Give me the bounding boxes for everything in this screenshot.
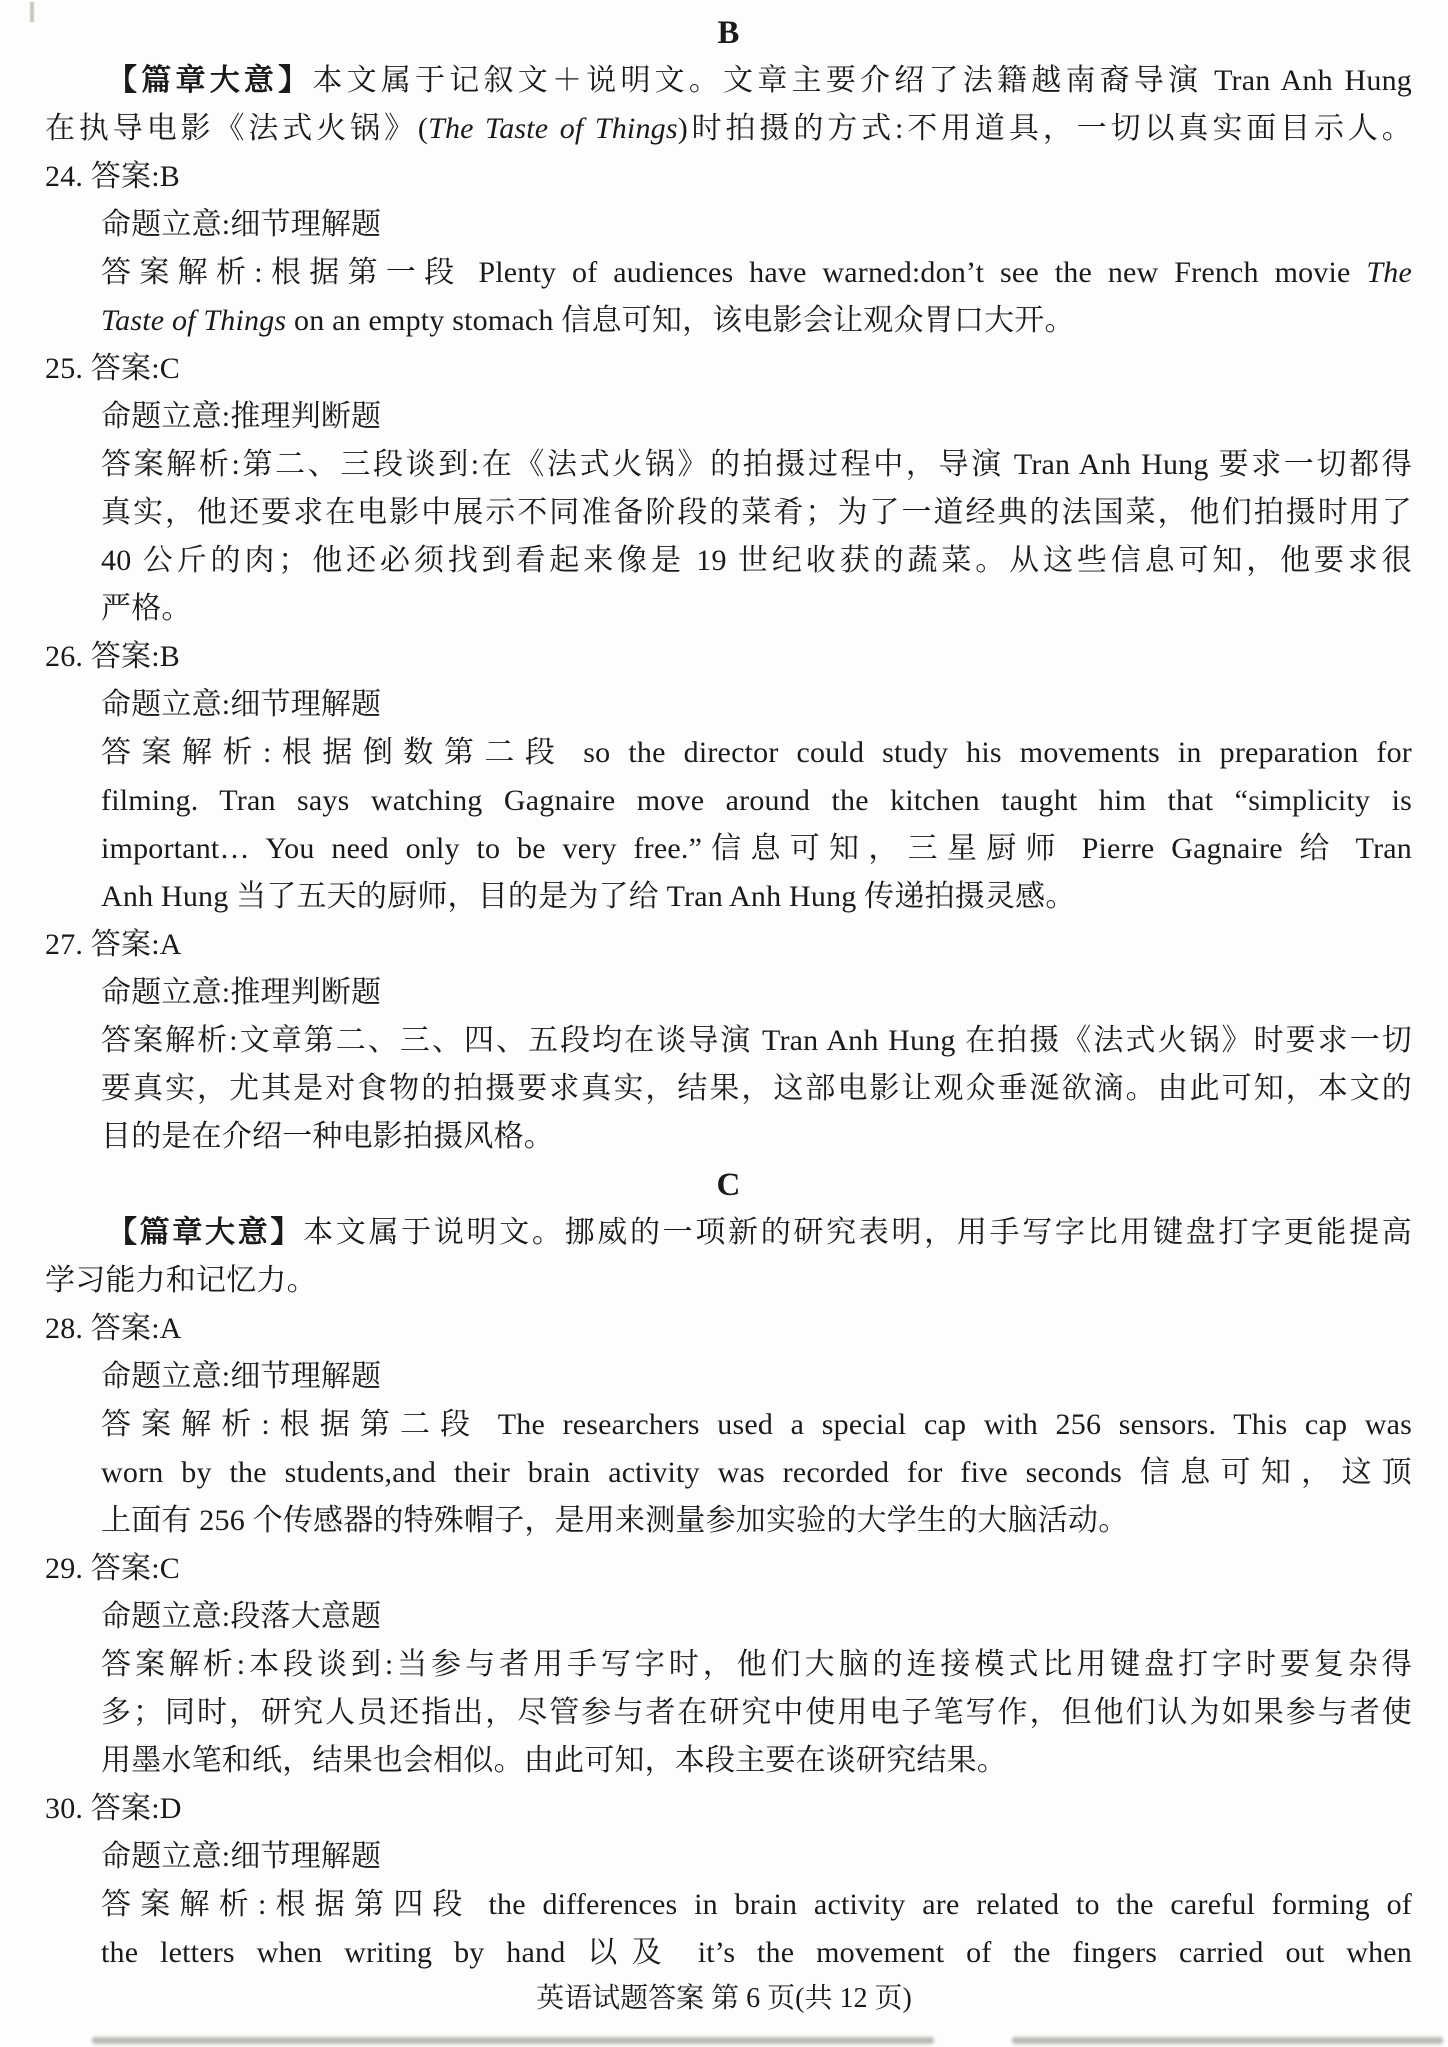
explanation-line: 要真实，尤其是对食物的拍摄要求真实，结果，这部电影让观众垂涎欲滴。由此可知，本文… xyxy=(45,1065,1412,1113)
document-lines: B【篇章大意】本文属于记叙文＋说明文。文章主要介绍了法籍越南裔导演 Tran A… xyxy=(45,9,1412,1977)
text-segment: 本文属于记叙文＋说明文。文章主要介绍了法籍越南裔导演 Tran Anh Hung xyxy=(312,64,1412,97)
section-header: B xyxy=(45,9,1412,57)
explanation-line: 真实，他还要求在电影中展示不同准备阶段的菜肴；为了一道经典的法国菜，他们拍摄时用… xyxy=(45,489,1412,537)
explanation-line: 答案解析:文章第二、三、四、五段均在谈导演 Tran Anh Hung 在拍摄《… xyxy=(45,1017,1412,1065)
text-segment: 真实，他还要求在电影中展示不同准备阶段的菜肴；为了一道经典的法国菜，他们拍摄时用… xyxy=(101,496,1412,529)
answer-item-line: 27. 答案:A xyxy=(45,921,1412,969)
text-segment: 在执导电影《法式火锅》( xyxy=(45,112,428,145)
explanation-line: 命题立意:细节理解题 xyxy=(45,1833,1412,1881)
explanation-line: 答案解析:根据第四段 the differences in brain acti… xyxy=(45,1881,1412,1929)
text-segment: 目的是在介绍一种电影拍摄风格。 xyxy=(101,1120,554,1153)
text-segment: 命题立意:推理判断题 xyxy=(101,976,381,1009)
explanation-line: important… You need only to be very free… xyxy=(45,825,1412,873)
text-segment: 【篇章大意】 xyxy=(107,64,312,97)
text-segment: 27. 答案:A xyxy=(45,928,182,961)
text-segment: important… You need only to be very free… xyxy=(101,832,1412,865)
text-segment: on an empty stomach 信息可知，该电影会让观众胃口大开。 xyxy=(286,304,1074,337)
answer-item-line: 30. 答案:D xyxy=(45,1785,1412,1833)
explanation-line: 目的是在介绍一种电影拍摄风格。 xyxy=(45,1113,1412,1161)
text-segment: 命题立意:细节理解题 xyxy=(101,1840,381,1873)
text-segment: 【篇章大意】 xyxy=(107,1216,303,1249)
explanation-line: 严格。 xyxy=(45,585,1412,633)
explanation-line: 用墨水笔和纸，结果也会相似。由此可知，本段主要在谈研究结果。 xyxy=(45,1737,1412,1785)
text-segment: 26. 答案:B xyxy=(45,640,180,673)
text-segment: 答案解析:根据第二段 The researchers used a specia… xyxy=(101,1408,1412,1441)
text-segment: 25. 答案:C xyxy=(45,352,180,385)
text-segment: 命题立意:细节理解题 xyxy=(101,1360,381,1393)
text-segment: C xyxy=(716,1167,740,1203)
text-segment: B xyxy=(717,15,739,51)
scan-artifact-tick xyxy=(30,2,34,22)
page-footer: 英语试题答案 第 6 页(共 12 页) xyxy=(0,1975,1448,2023)
text-segment: Taste of Things xyxy=(101,304,286,337)
text-segment: 29. 答案:C xyxy=(45,1552,180,1585)
text-segment: 28. 答案:A xyxy=(45,1312,182,1345)
text-segment: 命题立意:细节理解题 xyxy=(101,208,381,241)
text-segment: 答案解析:根据第一段 Plenty of audiences have warn… xyxy=(101,256,1366,289)
explanation-line: 答案解析:第二、三段谈到:在《法式火锅》的拍摄过程中，导演 Tran Anh H… xyxy=(45,441,1412,489)
text-segment: 命题立意:细节理解题 xyxy=(101,688,381,721)
text-segment: Anh Hung 当了五天的厨师，目的是为了给 Tran Anh Hung 传递… xyxy=(101,880,1076,913)
text-segment: )时拍摄的方式:不用道具，一切以真实面目示人。 xyxy=(678,112,1412,145)
text-segment: 多；同时，研究人员还指出，尽管参与者在研究中使用电子笔写作，但他们认为如果参与者… xyxy=(101,1696,1412,1729)
explanation-line: 命题立意:推理判断题 xyxy=(45,393,1412,441)
answer-item-line: 25. 答案:C xyxy=(45,345,1412,393)
explanation-line: 答案解析:根据倒数第二段 so the director could study… xyxy=(45,729,1412,777)
explanation-line: the letters when writing by hand 以及 it’s… xyxy=(45,1929,1412,1977)
explanation-line: 多；同时，研究人员还指出，尽管参与者在研究中使用电子笔写作，但他们认为如果参与者… xyxy=(45,1689,1412,1737)
answer-item-line: 28. 答案:A xyxy=(45,1305,1412,1353)
text-segment: 答案解析:第二、三段谈到:在《法式火锅》的拍摄过程中，导演 Tran Anh H… xyxy=(101,448,1412,481)
text-segment: 要真实，尤其是对食物的拍摄要求真实，结果，这部电影让观众垂涎欲滴。由此可知，本文… xyxy=(101,1072,1412,1105)
explanation-line: 命题立意:推理判断题 xyxy=(45,969,1412,1017)
explanation-line: 命题立意:细节理解题 xyxy=(45,1353,1412,1401)
text-line: 在执导电影《法式火锅》(The Taste of Things)时拍摄的方式:不… xyxy=(45,105,1412,153)
passage-summary-line: 【篇章大意】本文属于说明文。挪威的一项新的研究表明，用手写字比用键盘打字更能提高 xyxy=(45,1209,1412,1257)
text-segment: 答案解析:本段谈到:当参与者用手写字时，他们大脑的连接模式比用键盘打字时要复杂得 xyxy=(101,1648,1412,1681)
text-segment: 答案解析:文章第二、三、四、五段均在谈导演 Tran Anh Hung 在拍摄《… xyxy=(101,1024,1412,1057)
passage-summary-line: 【篇章大意】本文属于记叙文＋说明文。文章主要介绍了法籍越南裔导演 Tran An… xyxy=(45,57,1412,105)
text-segment: 30. 答案:D xyxy=(45,1792,182,1825)
text-segment: the letters when writing by hand 以及 it’s… xyxy=(101,1936,1412,1969)
explanation-line: Taste of Things on an empty stomach 信息可知… xyxy=(45,297,1412,345)
text-segment: worn by the students,and their brain act… xyxy=(101,1456,1412,1489)
text-segment: 命题立意:推理判断题 xyxy=(101,400,381,433)
text-segment: 上面有 256 个传感器的特殊帽子，是用来测量参加实验的大学生的大脑活动。 xyxy=(101,1504,1128,1537)
text-segment: 命题立意:段落大意题 xyxy=(101,1600,381,1633)
answer-item-line: 29. 答案:C xyxy=(45,1545,1412,1593)
text-segment: 严格。 xyxy=(101,592,192,625)
text-segment: 答案解析:根据第四段 the differences in brain acti… xyxy=(101,1888,1412,1921)
explanation-line: 命题立意:细节理解题 xyxy=(45,681,1412,729)
text-segment: 本文属于说明文。挪威的一项新的研究表明，用手写字比用键盘打字更能提高 xyxy=(303,1216,1412,1249)
text-segment: filming. Tran says watching Gagnaire mov… xyxy=(101,784,1412,817)
explanation-line: worn by the students,and their brain act… xyxy=(45,1449,1412,1497)
text-segment: 用墨水笔和纸，结果也会相似。由此可知，本段主要在谈研究结果。 xyxy=(101,1744,1007,1777)
answer-item-line: 24. 答案:B xyxy=(45,153,1412,201)
explanation-line: 答案解析:本段谈到:当参与者用手写字时，他们大脑的连接模式比用键盘打字时要复杂得 xyxy=(45,1641,1412,1689)
answer-item-line: 26. 答案:B xyxy=(45,633,1412,681)
explanation-line: filming. Tran says watching Gagnaire mov… xyxy=(45,777,1412,825)
text-segment: The Taste of Things xyxy=(428,112,678,145)
text-line: 学习能力和记忆力。 xyxy=(45,1257,1412,1305)
scan-artifact-band xyxy=(1012,2037,1443,2044)
text-segment: 学习能力和记忆力。 xyxy=(45,1264,317,1297)
text-segment: 答案解析:根据倒数第二段 so the director could study… xyxy=(101,736,1412,769)
text-segment: The xyxy=(1366,256,1412,289)
text-segment: 24. 答案:B xyxy=(45,160,180,193)
text-segment: 40 公斤的肉；他还必须找到看起来像是 19 世纪收获的蔬菜。从这些信息可知，他… xyxy=(101,544,1412,577)
explanation-line: 命题立意:段落大意题 xyxy=(45,1593,1412,1641)
section-header: C xyxy=(45,1161,1412,1209)
explanation-line: 上面有 256 个传感器的特殊帽子，是用来测量参加实验的大学生的大脑活动。 xyxy=(45,1497,1412,1545)
explanation-line: 答案解析:根据第二段 The researchers used a specia… xyxy=(45,1401,1412,1449)
explanation-line: Anh Hung 当了五天的厨师，目的是为了给 Tran Anh Hung 传递… xyxy=(45,873,1412,921)
scan-artifact-band xyxy=(92,2037,934,2044)
explanation-line: 命题立意:细节理解题 xyxy=(45,201,1412,249)
explanation-line: 40 公斤的肉；他还必须找到看起来像是 19 世纪收获的蔬菜。从这些信息可知，他… xyxy=(45,537,1412,585)
explanation-line: 答案解析:根据第一段 Plenty of audiences have warn… xyxy=(45,249,1412,297)
